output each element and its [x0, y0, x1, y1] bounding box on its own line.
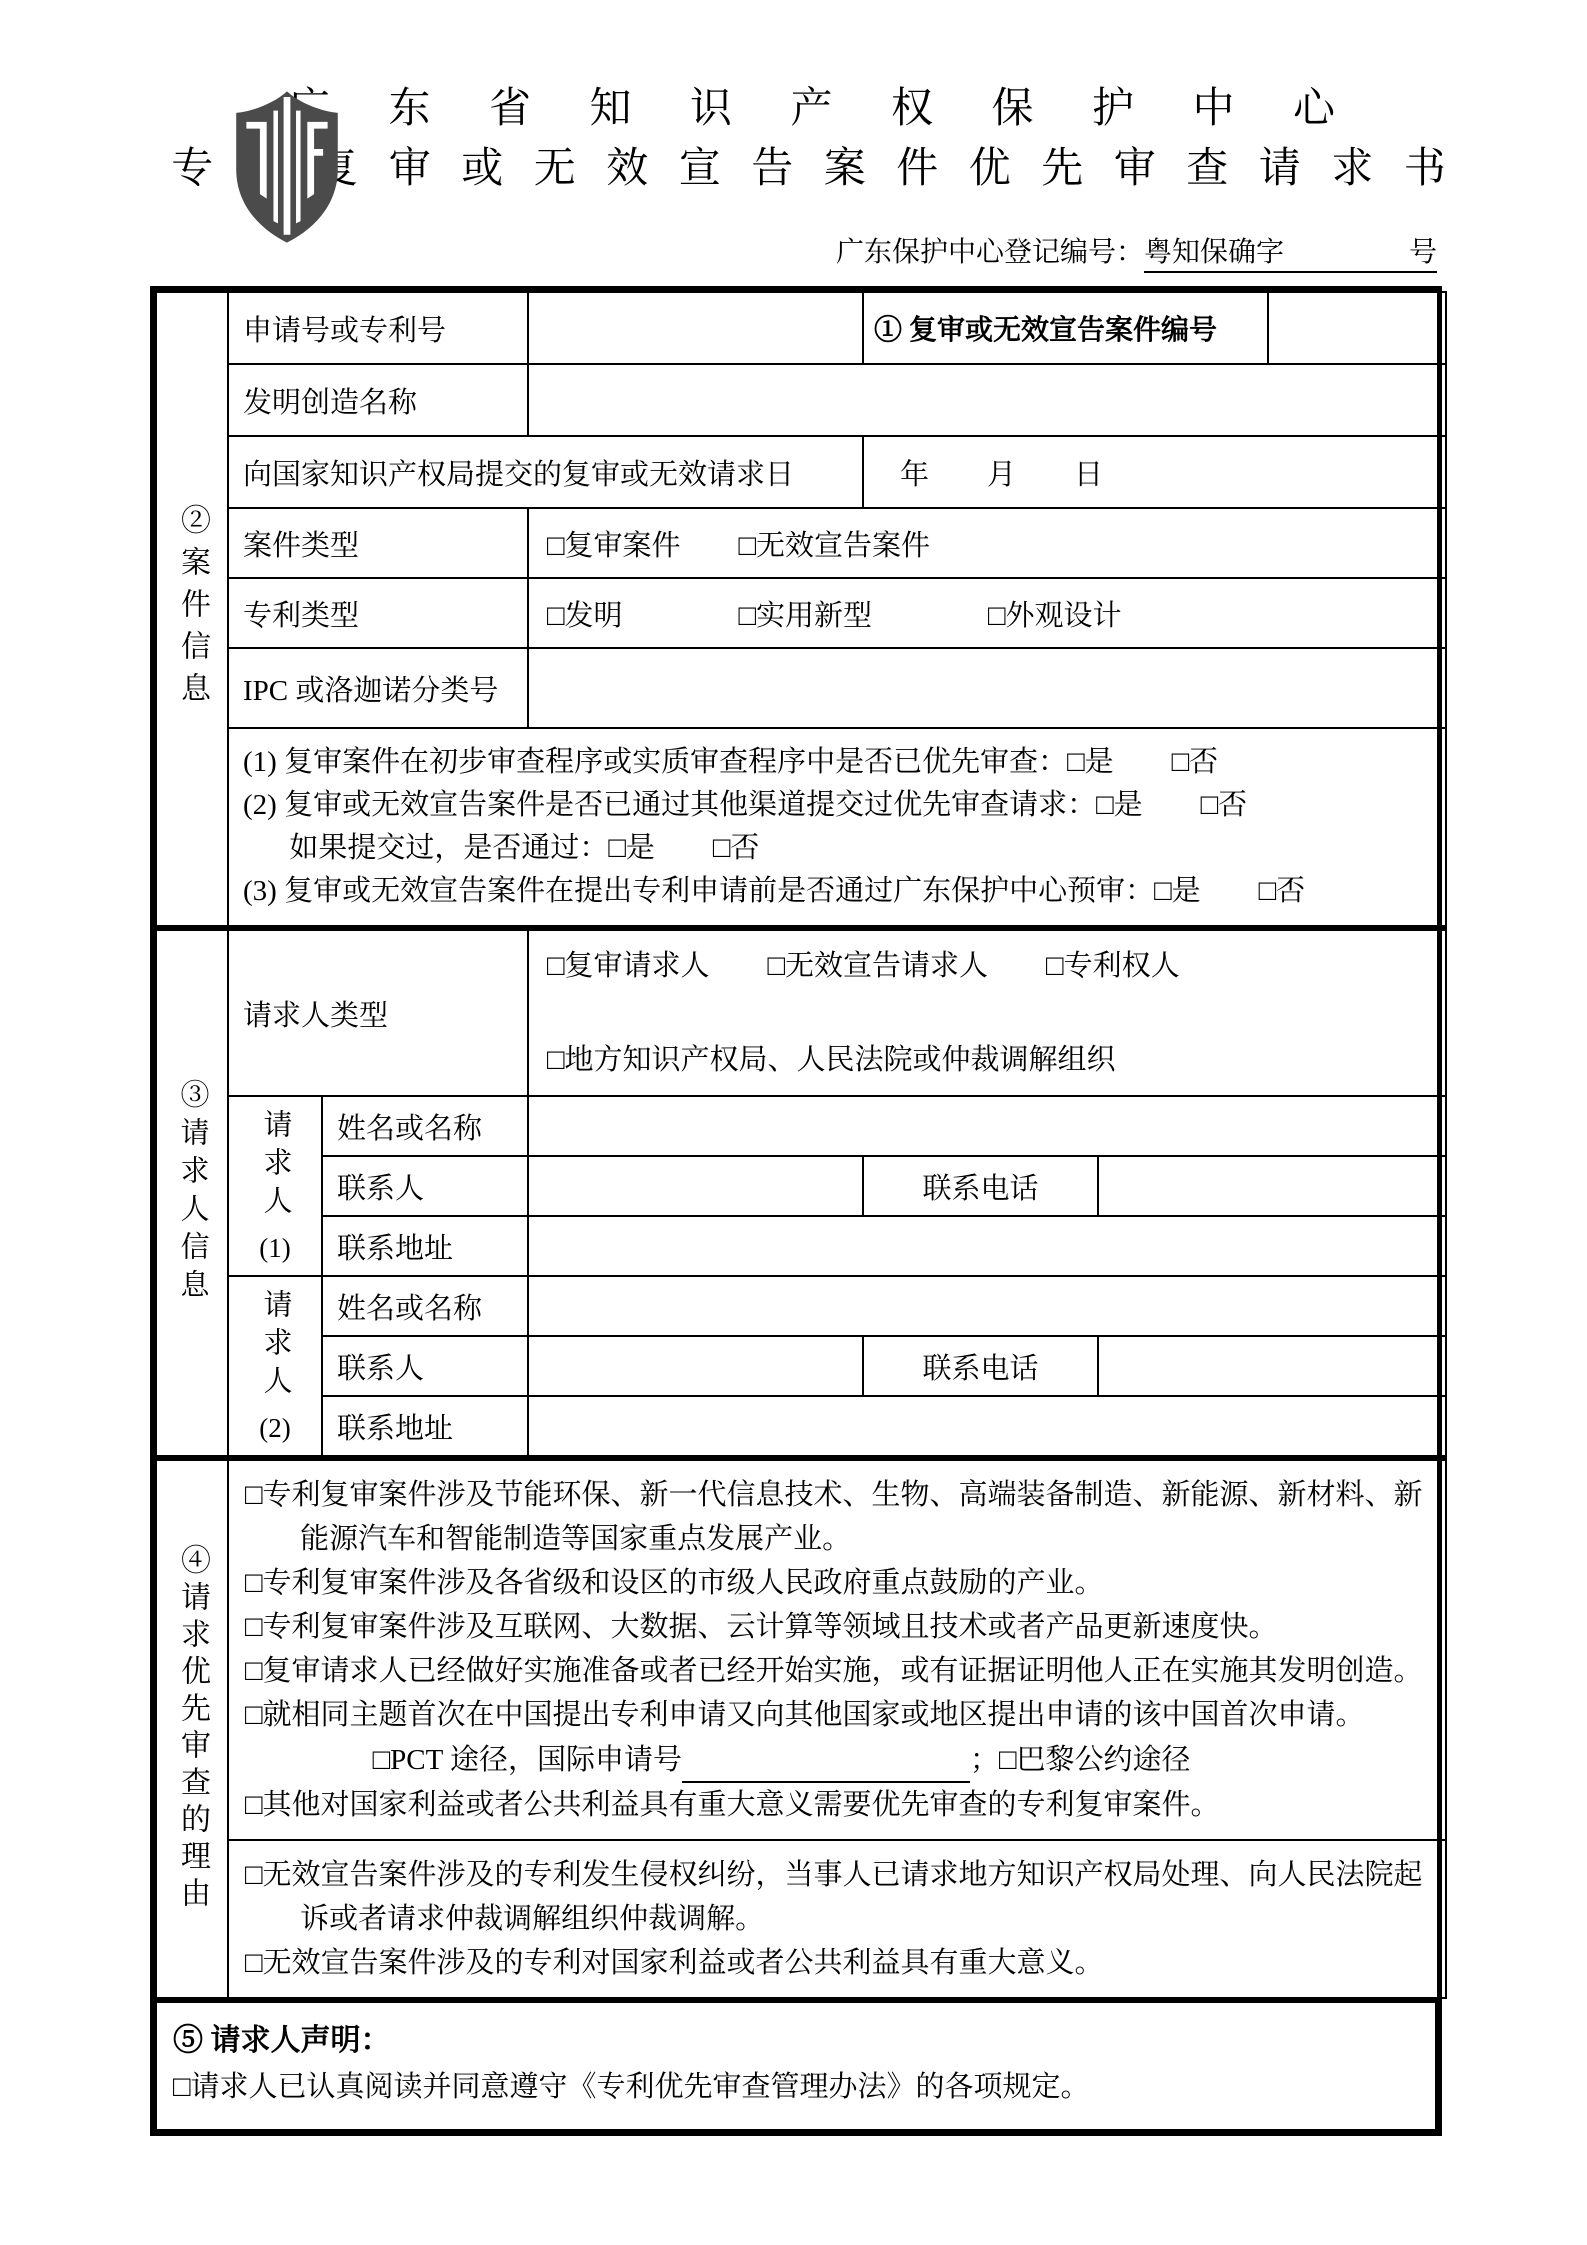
requester1-phone-input-cell[interactable]: [1098, 1156, 1446, 1216]
review-reason-other[interactable]: □其他对国家利益或者公共利益具有重大意义需要优先审查的专利复审案件。: [245, 1783, 1435, 1827]
form-page: 广 东 省 知 识 产 权 保 护 中 心 专 利 复 审 或 无 效 宣 告 …: [0, 0, 1587, 2245]
request-date-label: 向国家知识产权局提交的复审或无效请求日: [228, 436, 863, 508]
invalidation-reason-2[interactable]: □无效宣告案件涉及的专利对国家利益或者公共利益具有重大意义。: [245, 1941, 1435, 1985]
requester2-address-label: 联系地址: [322, 1396, 528, 1456]
form-table: ②案件信息 申请号或专利号 ① 复审或无效宣告案件编号 发明创造名称 向国家知识…: [150, 286, 1442, 2136]
requester1-address-input-cell[interactable]: [528, 1216, 1446, 1276]
request-date-input-cell[interactable]: 年 月 日: [863, 436, 1446, 508]
requester2-name-input-cell[interactable]: [528, 1276, 1446, 1336]
ipc-input-cell[interactable]: [528, 648, 1446, 728]
section2-side-label: ②案件信息: [177, 504, 207, 714]
section3-side-label-cell: ③请求人信息: [156, 929, 228, 1456]
ipc-label: IPC 或洛迦诺分类号: [228, 648, 528, 728]
review-reason-2[interactable]: □专利复审案件涉及各省级和设区的市级人民政府重点鼓励的产业。: [245, 1561, 1435, 1605]
gdippc-shield-logo: [228, 88, 346, 246]
question-1[interactable]: (1) 复审案件在初步审查程序或实质审查程序中是否已优先审查：□是 □否: [243, 741, 1437, 784]
requester1-name-input-cell[interactable]: [528, 1096, 1446, 1156]
requester2-contact-input-cell[interactable]: [528, 1336, 863, 1396]
registration-label: 广东保护中心登记编号：: [836, 237, 1144, 268]
requester2-phone-input-cell[interactable]: [1098, 1336, 1446, 1396]
section4-side-label: ④请求优先审查的理由: [177, 1544, 207, 1914]
case-number-label: ① 复审或无效宣告案件编号: [863, 292, 1268, 364]
declaration-cell: ⑤ 请求人声明： □请求人已认真阅读并同意遵守《专利优先审查管理办法》的各项规定…: [156, 2001, 1436, 2130]
section-priority-reasons: ④请求优先审查的理由 □专利复审案件涉及节能环保、新一代信息技术、生物、高端装备…: [155, 1457, 1447, 1999]
requester2-group-cell: 请求人 (2): [228, 1276, 322, 1456]
application-number-label: 申请号或专利号: [228, 292, 528, 364]
case-type-options[interactable]: □复审案件 □无效宣告案件: [528, 508, 1446, 578]
section4-side-label-cell: ④请求优先审查的理由: [156, 1459, 228, 1998]
requester-type-options-cell: □复审请求人 □无效宣告请求人 □专利权人 □地方知识产权局、人民法院或仲裁调解…: [528, 929, 1446, 1096]
invention-name-label: 发明创造名称: [228, 364, 528, 436]
section2-side-label-cell: ②案件信息: [156, 292, 228, 926]
section-declaration: ⑤ 请求人声明： □请求人已认真阅读并同意遵守《专利优先审查管理办法》的各项规定…: [155, 1999, 1437, 2131]
case-questions-cell: (1) 复审案件在初步审查程序或实质审查程序中是否已优先审查：□是 □否 (2)…: [228, 728, 1446, 926]
requester2-phone-label: 联系电话: [863, 1336, 1098, 1396]
requester-type-label: 请求人类型: [228, 929, 528, 1096]
question-3[interactable]: (3) 复审或无效宣告案件在提出专利申请前是否通过广东保护中心预审：□是 □否: [243, 870, 1437, 913]
requester1-contact-input-cell[interactable]: [528, 1156, 863, 1216]
application-number-input-cell[interactable]: [528, 292, 863, 364]
case-type-label: 案件类型: [228, 508, 528, 578]
review-reason-5[interactable]: □就相同主题首次在中国提出专利申请又向其他国家或地区提出申请的该中国首次申请。: [245, 1693, 1435, 1737]
requester1-group-cell: 请求人 (1): [228, 1096, 322, 1276]
review-reason-1[interactable]: □专利复审案件涉及节能环保、新一代信息技术、生物、高端装备制造、新能源、新材料、…: [245, 1473, 1435, 1561]
requester2-group-label: 请求人: [261, 1289, 290, 1403]
requester2-group-number: (2): [230, 1413, 320, 1444]
invention-name-input-cell[interactable]: [528, 364, 1446, 436]
requester2-address-input-cell[interactable]: [528, 1396, 1446, 1456]
requester1-address-label: 联系地址: [322, 1216, 528, 1276]
declaration-statement[interactable]: □请求人已认真阅读并同意遵守《专利优先审查管理办法》的各项规定。: [173, 2063, 1425, 2111]
invalidation-reason-1[interactable]: □无效宣告案件涉及的专利发生侵权纠纷，当事人已请求地方知识产权局处理、向人民法院…: [245, 1853, 1435, 1941]
pct-route-line[interactable]: □PCT 途径，国际申请号；□巴黎公约途径: [245, 1737, 1435, 1783]
invalidation-reasons-cell: □无效宣告案件涉及的专利发生侵权纠纷，当事人已请求地方知识产权局处理、向人民法院…: [228, 1840, 1446, 1998]
requester2-contact-label: 联系人: [322, 1336, 528, 1396]
requester2-name-label: 姓名或名称: [322, 1276, 528, 1336]
review-reason-3[interactable]: □专利复审案件涉及互联网、大数据、云计算等领域且技术或者产品更新速度快。: [245, 1605, 1435, 1649]
case-number-input-cell[interactable]: [1268, 292, 1446, 364]
patent-type-options[interactable]: □发明 □实用新型 □外观设计: [528, 578, 1446, 648]
requester-type-options-1[interactable]: □复审请求人 □无效宣告请求人 □专利权人: [547, 945, 1437, 987]
form-header: 广 东 省 知 识 产 权 保 护 中 心 专 利 复 审 或 无 效 宣 告 …: [0, 0, 1587, 200]
pct-route-prefix: □PCT 途径，国际申请号: [373, 1744, 682, 1776]
section-requester-info: ③请求人信息 请求人类型 □复审请求人 □无效宣告请求人 □专利权人 □地方知识…: [155, 927, 1447, 1457]
requester1-group-label: 请求人: [261, 1109, 290, 1223]
section3-side-label: ③请求人信息: [178, 1079, 207, 1307]
paris-route-option: ；□巴黎公约途径: [970, 1744, 1191, 1776]
international-application-number-blank[interactable]: [682, 1751, 970, 1783]
requester-type-options-2[interactable]: □地方知识产权局、人民法院或仲裁调解组织: [547, 1039, 1437, 1081]
review-reason-4[interactable]: □复审请求人已经做好实施准备或者已经开始实施，或有证据证明他人正在实施其发明创造…: [245, 1649, 1435, 1693]
requester1-phone-label: 联系电话: [863, 1156, 1098, 1216]
declaration-title: ⑤ 请求人声明：: [173, 2019, 1425, 2063]
requester1-name-label: 姓名或名称: [322, 1096, 528, 1156]
registration-suffix: 号: [1409, 237, 1437, 268]
patent-type-label: 专利类型: [228, 578, 528, 648]
registration-prefix: 粤知保确字: [1144, 237, 1284, 268]
review-reasons-cell: □专利复审案件涉及节能环保、新一代信息技术、生物、高端装备制造、新能源、新材料、…: [228, 1459, 1446, 1840]
requester1-contact-label: 联系人: [322, 1156, 528, 1216]
requester1-group-number: (1): [230, 1233, 320, 1264]
section-case-info: ②案件信息 申请号或专利号 ① 复审或无效宣告案件编号 发明创造名称 向国家知识…: [155, 291, 1447, 927]
question-2b[interactable]: 如果提交过，是否通过：□是 □否: [243, 827, 1437, 870]
registration-line: 广东保护中心登记编号：粤知保确字号: [0, 230, 1437, 270]
question-2[interactable]: (2) 复审或无效宣告案件是否已通过其他渠道提交过优先审查请求：□是 □否: [243, 784, 1437, 827]
